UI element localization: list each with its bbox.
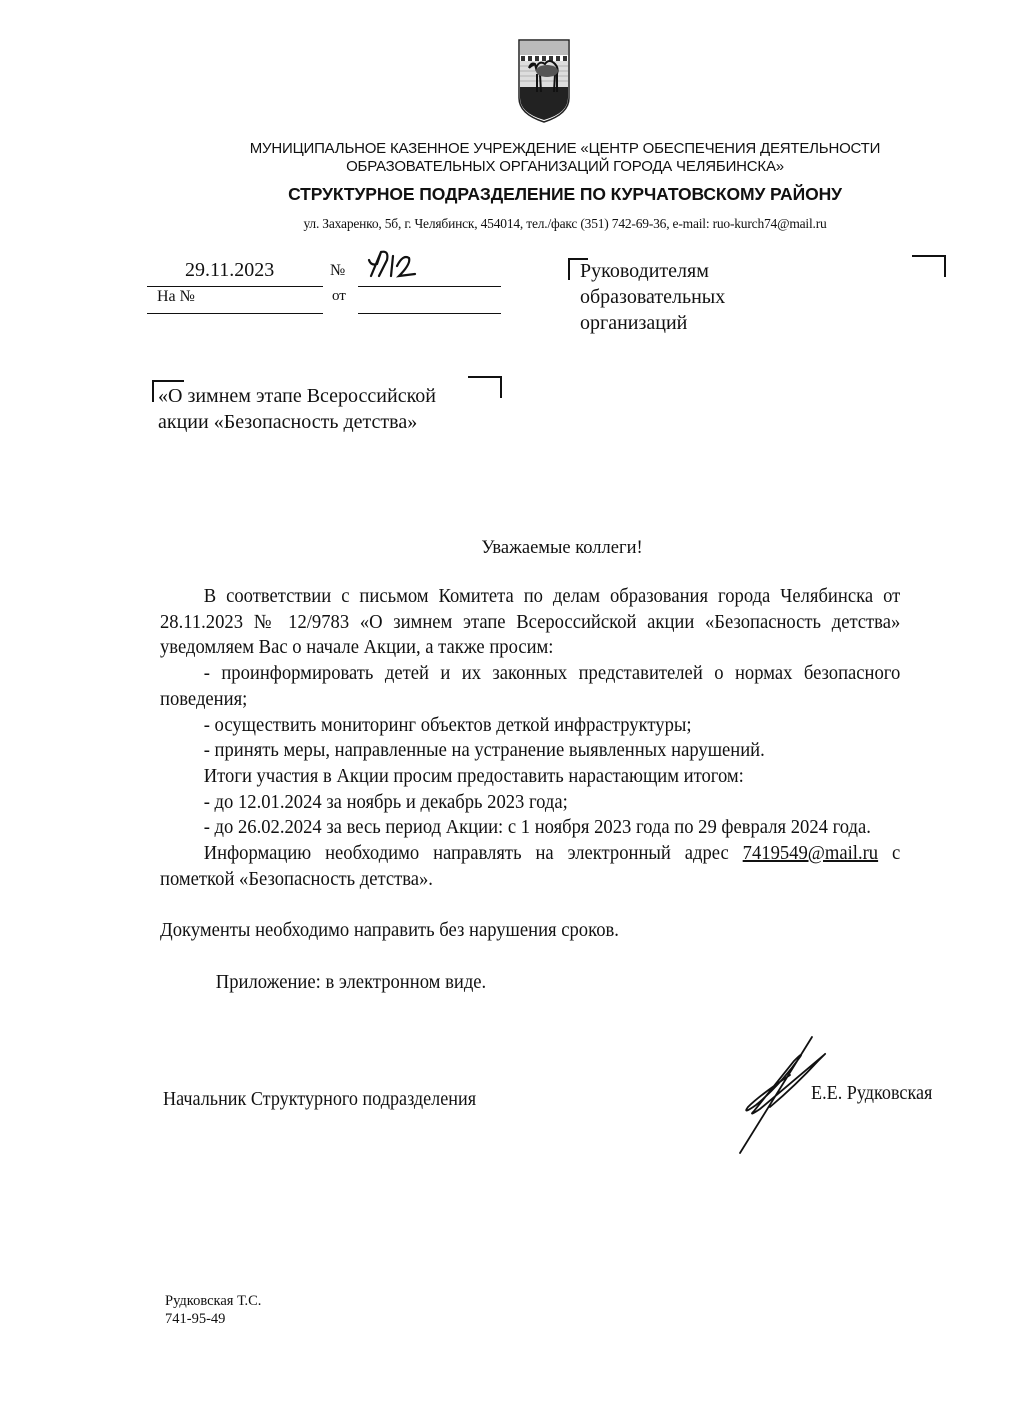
addressee: Руководителям образовательных организаци… — [580, 258, 725, 336]
letter-body: В соответствии с письмом Комитета по дел… — [160, 584, 900, 996]
info-email-link[interactable]: 7419549@mail.ru — [743, 842, 878, 864]
number-underline — [358, 286, 501, 287]
subdivision-name: СТРУКТУРНОЕ ПОДРАЗДЕЛЕНИЕ ПО КУРЧАТОВСКО… — [230, 184, 900, 205]
request-item: - проинформировать детей и их законных п… — [160, 661, 900, 712]
deadline-note: Документы необходимо направить без наруш… — [160, 918, 900, 944]
number-label: № — [330, 262, 345, 280]
attachment-note: Приложение: в электронном виде. — [160, 970, 900, 996]
info-prefix: Информацию необходимо направлять на элек… — [204, 842, 743, 864]
greeting: Уважаемые коллеги! — [0, 538, 1024, 559]
executor-phone: 741-95-49 — [165, 1310, 261, 1328]
letter-date: 29.11.2023 — [185, 259, 274, 282]
subject-bracket-right — [468, 376, 502, 398]
executor-info: Рудковская Т.С. 741-95-49 — [165, 1292, 261, 1328]
addressee-line: Руководителям — [580, 258, 725, 284]
address-line: ул. Захаренко, 5б, г. Челябинск, 454014,… — [230, 216, 900, 232]
date-underline — [147, 286, 323, 287]
from-underline — [358, 313, 501, 314]
info-paragraph: Информацию необходимо направлять на элек… — [160, 841, 900, 892]
signer-position: Начальник Структурного подразделения — [163, 1089, 476, 1111]
addressee-line: образовательных — [580, 284, 725, 310]
deadline-item: - до 26.02.2024 за весь период Акции: с … — [160, 815, 900, 841]
intro-paragraph: В соответствии с письмом Комитета по дел… — [160, 584, 900, 661]
organization-line-1: МУНИЦИПАЛЬНОЕ КАЗЕННОЕ УЧРЕЖДЕНИЕ «ЦЕНТР… — [230, 140, 900, 158]
request-item: - принять меры, направленные на устранен… — [160, 738, 900, 764]
handwritten-number — [363, 246, 433, 287]
addressee-bracket-right — [912, 255, 946, 277]
organization-name: МУНИЦИПАЛЬНОЕ КАЗЕННОЕ УЧРЕЖДЕНИЕ «ЦЕНТР… — [230, 140, 900, 176]
coat-of-arms-icon — [517, 38, 571, 124]
deadline-item: - до 12.01.2024 за ноябрь и декабрь 2023… — [160, 790, 900, 816]
addressee-line: организаций — [580, 310, 725, 336]
organization-line-2: ОБРАЗОВАТЕЛЬНЫХ ОРГАНИЗАЦИЙ ГОРОДА ЧЕЛЯБ… — [230, 158, 900, 176]
subject-line: «О зимнем этапе Всероссийской — [158, 383, 436, 409]
reply-to-underline — [147, 313, 323, 314]
subject-line: акции «Безопасность детства» — [158, 409, 436, 435]
from-label: от — [332, 288, 346, 305]
executor-name: Рудковская Т.С. — [165, 1292, 261, 1310]
request-item: - осуществить мониторинг объектов деткой… — [160, 713, 900, 739]
signer-name: Е.Е. Рудковская — [811, 1083, 932, 1105]
results-intro: Итоги участия в Акции просим предоставит… — [160, 764, 900, 790]
reply-to-label: На № — [157, 288, 195, 306]
letter-subject: «О зимнем этапе Всероссийской акции «Без… — [158, 383, 436, 435]
